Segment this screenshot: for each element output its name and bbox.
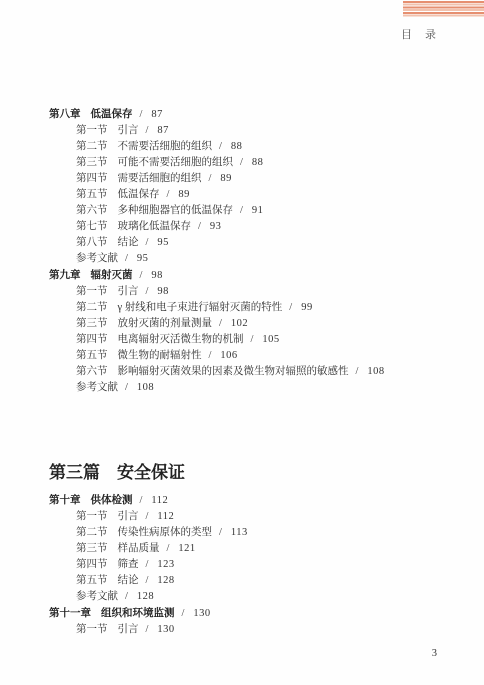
entry-page: 112 bbox=[151, 495, 168, 506]
entry-label: 第二节 bbox=[76, 527, 108, 538]
toc-chapter-row: 第九章辐射灭菌/98 bbox=[0, 267, 484, 284]
entry-title: 结论 bbox=[118, 575, 139, 586]
entry-page: 89 bbox=[178, 189, 190, 200]
entry-label: 第十一章 bbox=[49, 607, 91, 619]
entry-title: 传染性病原体的类型 bbox=[118, 527, 213, 538]
entry-title: 低温保存 bbox=[118, 189, 160, 200]
entry-title: 电离辐射灭活微生物的机制 bbox=[118, 334, 244, 345]
entry-page: 102 bbox=[231, 318, 248, 329]
toc-section-row: 第一节引言/130 bbox=[0, 622, 484, 638]
entry-title: 需要活细胞的组织 bbox=[118, 173, 202, 184]
toc-ref-row: 参考文献/108 bbox=[0, 380, 484, 396]
entry-label: 第四节 bbox=[76, 559, 108, 570]
separator-slash: / bbox=[219, 141, 222, 152]
separator-slash: / bbox=[209, 173, 212, 184]
toc-chapter-row: 第八章低温保存/87 bbox=[0, 106, 484, 123]
separator-slash: / bbox=[219, 527, 222, 538]
toc-section-row: 第五节低温保存/89 bbox=[0, 187, 484, 203]
entry-label: 第一节 bbox=[76, 624, 108, 635]
entry-page: 130 bbox=[157, 624, 174, 635]
toc-ref-row: 参考文献/95 bbox=[0, 251, 484, 267]
entry-page: 106 bbox=[220, 350, 237, 361]
entry-label: 第六节 bbox=[76, 366, 108, 377]
entry-label: 第四节 bbox=[76, 334, 108, 345]
separator-slash: / bbox=[146, 511, 149, 522]
entry-title: 组织和环境监测 bbox=[101, 607, 175, 619]
entry-label: 第一节 bbox=[76, 125, 108, 136]
entry-page: 99 bbox=[301, 302, 313, 313]
toc-section-row: 第三节样品质量/121 bbox=[0, 541, 484, 557]
entry-title: 不需要活细胞的组织 bbox=[118, 141, 213, 152]
toc-section-row: 第五节微生物的耐辐射性/106 bbox=[0, 348, 484, 364]
page-number: 3 bbox=[432, 648, 437, 659]
separator-slash: / bbox=[125, 591, 128, 602]
entry-page: 95 bbox=[137, 253, 149, 264]
separator-slash: / bbox=[146, 575, 149, 586]
part-title-text: 安全保证 bbox=[117, 463, 185, 482]
entry-label: 参考文献 bbox=[76, 591, 118, 602]
entry-label: 第二节 bbox=[76, 302, 108, 313]
separator-slash: / bbox=[140, 109, 143, 120]
entry-label: 第八章 bbox=[49, 108, 81, 120]
entry-label: 第十章 bbox=[49, 494, 81, 506]
separator-slash: / bbox=[167, 543, 170, 554]
entry-label: 第七节 bbox=[76, 221, 108, 232]
separator-slash: / bbox=[146, 559, 149, 570]
separator-slash: / bbox=[240, 157, 243, 168]
separator-slash: / bbox=[146, 237, 149, 248]
entry-title: 可能不需要活细胞的组织 bbox=[118, 157, 234, 168]
entry-page: 121 bbox=[178, 543, 195, 554]
part-title-label: 第三篇 bbox=[49, 463, 100, 482]
entry-page: 128 bbox=[137, 591, 154, 602]
toc-chapter-row: 第十一章组织和环境监测/130 bbox=[0, 605, 484, 622]
entry-page: 98 bbox=[157, 286, 169, 297]
entry-page: 128 bbox=[157, 575, 174, 586]
page-header-title: 目 录 bbox=[401, 26, 437, 42]
entry-page: 113 bbox=[231, 527, 248, 538]
entry-page: 130 bbox=[193, 608, 210, 619]
toc-section-row: 第三节放射灭菌的剂量测量/102 bbox=[0, 316, 484, 332]
entry-title: 结论 bbox=[118, 237, 139, 248]
entry-page: 87 bbox=[157, 125, 169, 136]
toc-section-row: 第二节不需要活细胞的组织/88 bbox=[0, 139, 484, 155]
entry-label: 第九章 bbox=[49, 269, 81, 281]
entry-title: γ 射线和电子束进行辐射灭菌的特性 bbox=[118, 302, 283, 313]
entry-page: 89 bbox=[220, 173, 232, 184]
entry-label: 第五节 bbox=[76, 189, 108, 200]
toc-section-row: 第四节筛查/123 bbox=[0, 557, 484, 573]
separator-slash: / bbox=[289, 302, 292, 313]
entry-label: 第八节 bbox=[76, 237, 108, 248]
entry-label: 第六节 bbox=[76, 205, 108, 216]
toc-section-row: 第四节需要活细胞的组织/89 bbox=[0, 171, 484, 187]
entry-title: 微生物的耐辐射性 bbox=[118, 350, 202, 361]
decorative-stripes bbox=[403, 1, 484, 17]
entry-title: 引言 bbox=[118, 286, 139, 297]
entry-page: 91 bbox=[252, 205, 264, 216]
entry-page: 95 bbox=[157, 237, 169, 248]
separator-slash: / bbox=[240, 205, 243, 216]
separator-slash: / bbox=[146, 624, 149, 635]
entry-title: 多种细胞器官的低温保存 bbox=[118, 205, 234, 216]
entry-title: 放射灭菌的剂量测量 bbox=[118, 318, 213, 329]
toc-section-row: 第六节多种细胞器官的低温保存/91 bbox=[0, 203, 484, 219]
entry-title: 引言 bbox=[118, 624, 139, 635]
separator-slash: / bbox=[198, 221, 201, 232]
separator-slash: / bbox=[167, 189, 170, 200]
entry-label: 第一节 bbox=[76, 286, 108, 297]
toc-section-row: 第四节电离辐射灭活微生物的机制/105 bbox=[0, 332, 484, 348]
toc-section-row: 第六节影响辐射灭菌效果的因素及微生物对辐照的敏感性/108 bbox=[0, 364, 484, 380]
separator-slash: / bbox=[140, 270, 143, 281]
part-title: 第三篇安全保证 bbox=[49, 458, 185, 483]
entry-title: 影响辐射灭菌效果的因素及微生物对辐照的敏感性 bbox=[118, 366, 349, 377]
toc-ref-row: 参考文献/128 bbox=[0, 589, 484, 605]
entry-label: 第四节 bbox=[76, 173, 108, 184]
separator-slash: / bbox=[146, 286, 149, 297]
entry-page: 108 bbox=[367, 366, 384, 377]
separator-slash: / bbox=[140, 495, 143, 506]
entry-page: 112 bbox=[157, 511, 174, 522]
separator-slash: / bbox=[125, 382, 128, 393]
separator-slash: / bbox=[209, 350, 212, 361]
toc-section-row: 第二节γ 射线和电子束进行辐射灭菌的特性/99 bbox=[0, 300, 484, 316]
entry-label: 第五节 bbox=[76, 350, 108, 361]
entry-title: 供体检测 bbox=[91, 494, 133, 506]
separator-slash: / bbox=[125, 253, 128, 264]
separator-slash: / bbox=[219, 318, 222, 329]
entry-label: 第一节 bbox=[76, 511, 108, 522]
entry-title: 低温保存 bbox=[91, 108, 133, 120]
entry-label: 第三节 bbox=[76, 543, 108, 554]
separator-slash: / bbox=[182, 608, 185, 619]
toc-section-row: 第八节结论/95 bbox=[0, 235, 484, 251]
entry-page: 105 bbox=[262, 334, 279, 345]
entry-page: 87 bbox=[151, 109, 163, 120]
toc-section-row: 第一节引言/98 bbox=[0, 284, 484, 300]
separator-slash: / bbox=[251, 334, 254, 345]
entry-label: 第五节 bbox=[76, 575, 108, 586]
entry-label: 第三节 bbox=[76, 318, 108, 329]
entry-title: 引言 bbox=[118, 511, 139, 522]
entry-page: 93 bbox=[210, 221, 222, 232]
toc-section-row: 第五节结论/128 bbox=[0, 573, 484, 589]
toc-section-row: 第二节传染性病原体的类型/113 bbox=[0, 525, 484, 541]
toc-section-row: 第一节引言/87 bbox=[0, 123, 484, 139]
entry-page: 123 bbox=[157, 559, 174, 570]
toc-block-chapters-10-11: 第十章供体检测/112第一节引言/112第二节传染性病原体的类型/113第三节样… bbox=[0, 492, 484, 638]
entry-title: 引言 bbox=[118, 125, 139, 136]
entry-page: 98 bbox=[151, 270, 163, 281]
toc-page: 目 录 第八章低温保存/87第一节引言/87第二节不需要活细胞的组织/88第三节… bbox=[0, 0, 484, 685]
toc-section-row: 第三节可能不需要活细胞的组织/88 bbox=[0, 155, 484, 171]
entry-title: 样品质量 bbox=[118, 543, 160, 554]
entry-label: 参考文献 bbox=[76, 253, 118, 264]
separator-slash: / bbox=[146, 125, 149, 136]
toc-chapter-row: 第十章供体检测/112 bbox=[0, 492, 484, 509]
toc-section-row: 第一节引言/112 bbox=[0, 509, 484, 525]
entry-label: 第三节 bbox=[76, 157, 108, 168]
entry-page: 108 bbox=[137, 382, 154, 393]
toc-section-row: 第七节玻璃化低温保存/93 bbox=[0, 219, 484, 235]
separator-slash: / bbox=[356, 366, 359, 377]
entry-title: 玻璃化低温保存 bbox=[118, 221, 192, 232]
entry-title: 筛查 bbox=[118, 559, 139, 570]
entry-label: 第二节 bbox=[76, 141, 108, 152]
toc-block-chapters-8-9: 第八章低温保存/87第一节引言/87第二节不需要活细胞的组织/88第三节可能不需… bbox=[0, 106, 484, 396]
entry-page: 88 bbox=[252, 157, 264, 168]
entry-label: 参考文献 bbox=[76, 382, 118, 393]
entry-title: 辐射灭菌 bbox=[91, 269, 133, 281]
entry-page: 88 bbox=[231, 141, 243, 152]
